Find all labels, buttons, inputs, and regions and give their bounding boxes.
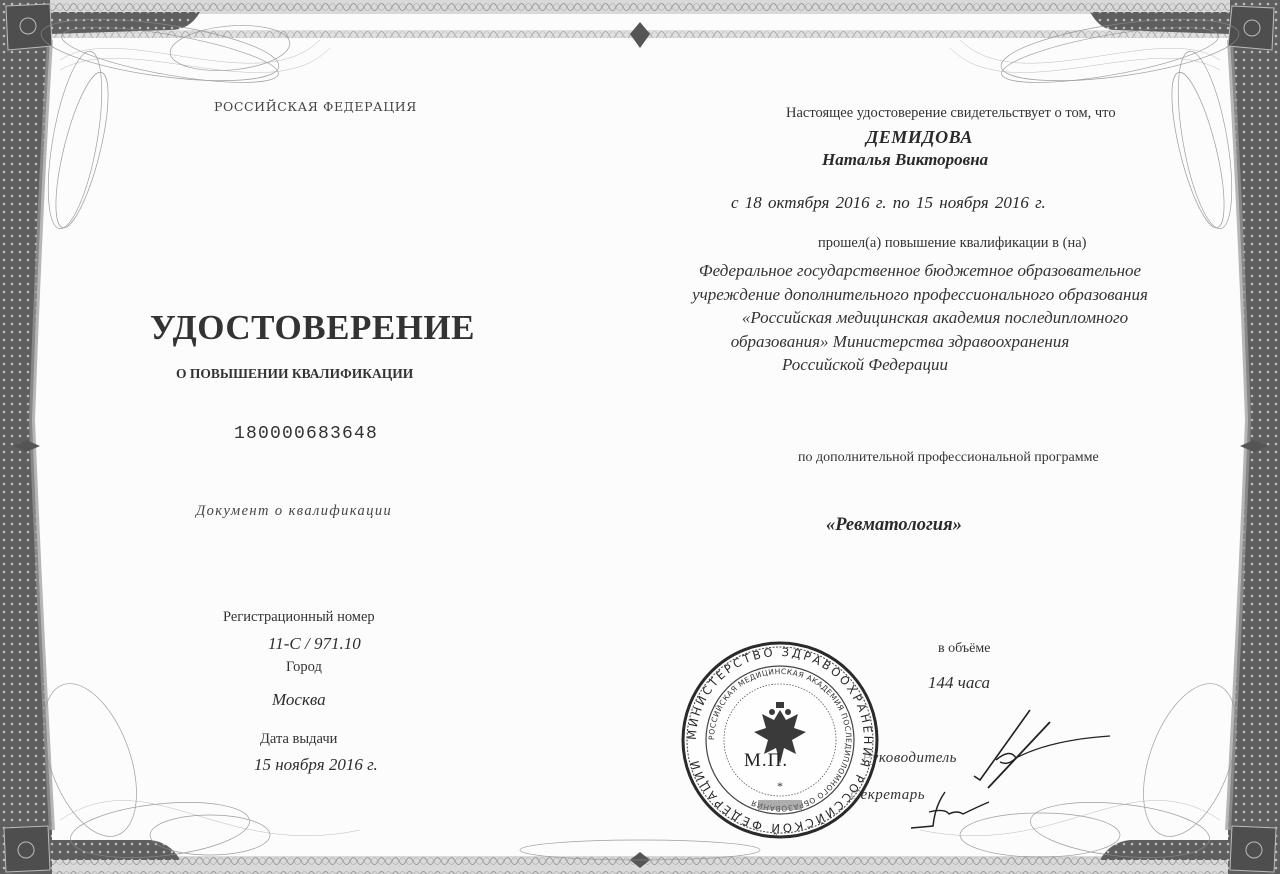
ornamental-border <box>0 0 1280 874</box>
city-value: Москва <box>272 690 326 710</box>
program-label: по дополнительной профессиональной прогр… <box>798 450 1099 466</box>
holder-given-names: Наталья Викторовна <box>822 150 988 170</box>
document-subtitle: О ПОВЫШЕНИИ КВАЛИФИКАЦИИ <box>176 366 413 382</box>
country-heading: РОССИЙСКАЯ ФЕДЕРАЦИЯ <box>214 99 417 114</box>
head-signature-icon <box>960 700 1120 790</box>
passed-training-text: прошел(а) повышение квалификации в (на) <box>818 235 1087 252</box>
certificate-spread: РОССИЙСКАЯ ФЕДЕРАЦИЯ УДОСТОВЕРЕНИЕ О ПОВ… <box>0 0 1280 874</box>
volume-label: в объёме <box>938 641 990 657</box>
organization-line: учреждение дополнительного профессиональ… <box>640 283 1200 307</box>
organization-name: Федеральное государственное бюджетное об… <box>640 259 1200 377</box>
organization-line: Российской Федерации <box>640 353 1200 377</box>
seal-icon: МИНИСТЕРСТВО ЗДРАВООХРАНЕНИЯ РОССИЙСКОЙ … <box>680 640 880 840</box>
organization-line: образования» Министерства здравоохранени… <box>640 330 1200 354</box>
holder-surname: ДЕМИДОВА <box>866 127 973 148</box>
document-title: УДОСТОВЕРЕНИЕ <box>150 308 475 348</box>
organization-line: «Российская медицинская академия последи… <box>640 306 1200 330</box>
issue-date-label: Дата выдачи <box>260 731 337 748</box>
volume-value: 144 часа <box>928 673 990 693</box>
certifies-text: Настоящее удостоверение свидетельствует … <box>786 105 1116 122</box>
certificate-number: 180000683648 <box>234 424 378 444</box>
stamp-mark: М.П. <box>744 750 788 772</box>
official-seal: МИНИСТЕРСТВО ЗДРАВООХРАНЕНИЯ РОССИЙСКОЙ … <box>680 640 880 840</box>
program-name: «Ревматология» <box>826 515 962 536</box>
training-period: с 18 октября 2016 г. по 15 ноября 2016 г… <box>731 193 1046 213</box>
organization-line: Федеральное государственное бюджетное об… <box>640 259 1200 283</box>
issue-date-value: 15 ноября 2016 г. <box>254 755 378 775</box>
registration-number: 11-С / 971.10 <box>268 634 361 654</box>
document-type: Документ о квалификации <box>196 503 392 520</box>
svg-text:*: * <box>777 779 783 793</box>
city-label: Город <box>286 659 322 676</box>
registration-label: Регистрационный номер <box>223 609 375 626</box>
